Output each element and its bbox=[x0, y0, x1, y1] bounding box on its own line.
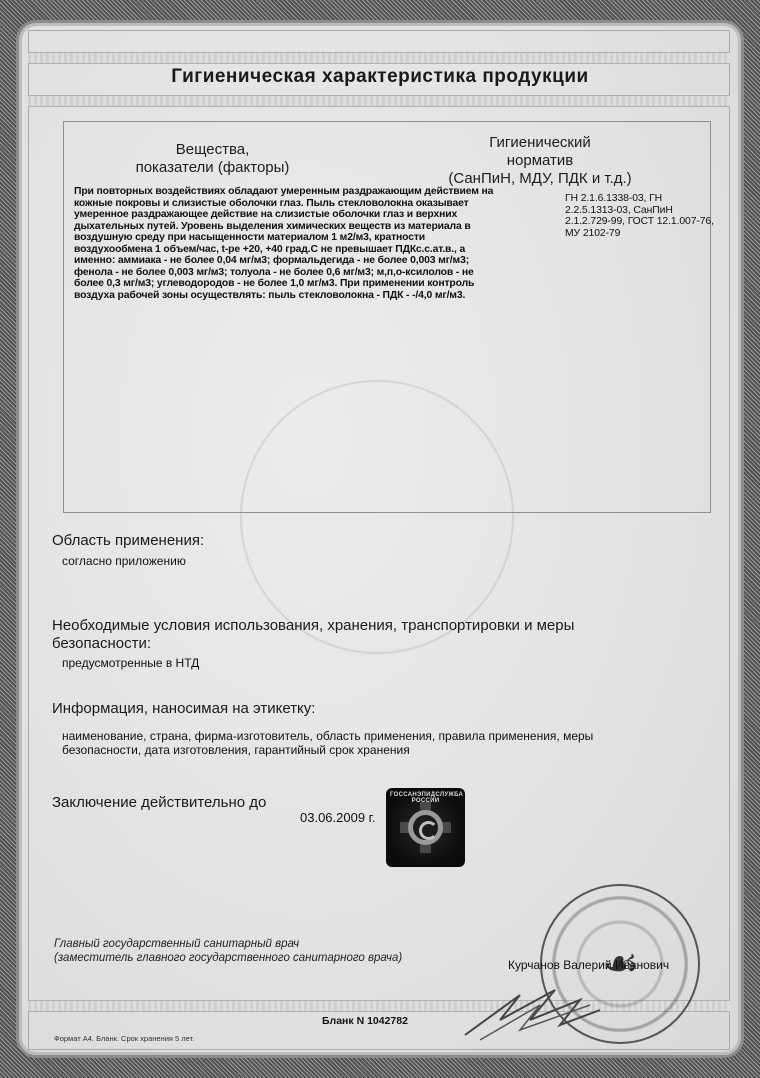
hologram-emblem-icon: ГОССАНЭПИДСЛУЖБА РОССИИ bbox=[386, 788, 465, 867]
norms-column-header: Гигиенический норматив (СанПиН, МДУ, ПДК… bbox=[420, 134, 660, 188]
substances-description: При повторных воздействиях обладают умер… bbox=[74, 186, 494, 301]
validity-label: Заключение действительно до bbox=[52, 794, 266, 812]
application-value: согласно приложению bbox=[62, 554, 186, 568]
label-info-value: наименование, страна, фирма-изготовитель… bbox=[62, 729, 672, 757]
conditions-label-line2: безопасности: bbox=[52, 635, 151, 653]
signatory-name: Курчанов Валерий Иванович bbox=[508, 958, 669, 972]
conditions-label-line1: Необходимые условия использования, хране… bbox=[52, 617, 574, 635]
norms-references: ГН 2.1.6.1338-03, ГН 2.2.5.1313-03, СанП… bbox=[565, 193, 715, 239]
validity-date: 03.06.2009 г. bbox=[300, 810, 375, 825]
doctor-role-line: Главный государственный санитарный врач bbox=[54, 937, 402, 951]
decorative-band-title bbox=[28, 95, 730, 107]
norms-header-line: Гигиенический bbox=[420, 134, 660, 152]
application-label: Область применения: bbox=[52, 532, 204, 550]
doctor-role-line: (заместитель главного государственного с… bbox=[54, 951, 402, 965]
substances-header-line: показатели (факторы) bbox=[100, 159, 325, 177]
doctor-role: Главный государственный санитарный врач … bbox=[54, 937, 402, 965]
norms-header-line: норматив bbox=[420, 152, 660, 170]
hologram-ring bbox=[408, 810, 443, 845]
substances-header-line: Вещества, bbox=[100, 141, 325, 159]
substances-column-header: Вещества, показатели (факторы) bbox=[100, 141, 325, 177]
decorative-band-top bbox=[28, 52, 730, 64]
document-title: Гигиеническая характеристика продукции bbox=[0, 66, 760, 88]
blank-number: Бланк N 1042782 bbox=[322, 1015, 408, 1027]
format-note: Формат А4. Бланк. Срок хранения 5 лет. bbox=[54, 1034, 194, 1043]
signature-scribble bbox=[460, 975, 610, 1045]
hologram-text: ГОССАНЭПИДСЛУЖБА РОССИИ bbox=[390, 792, 461, 804]
label-info-label: Информация, наносимая на этикетку: bbox=[52, 700, 315, 718]
conditions-value: предусмотренные в НТД bbox=[62, 656, 199, 670]
